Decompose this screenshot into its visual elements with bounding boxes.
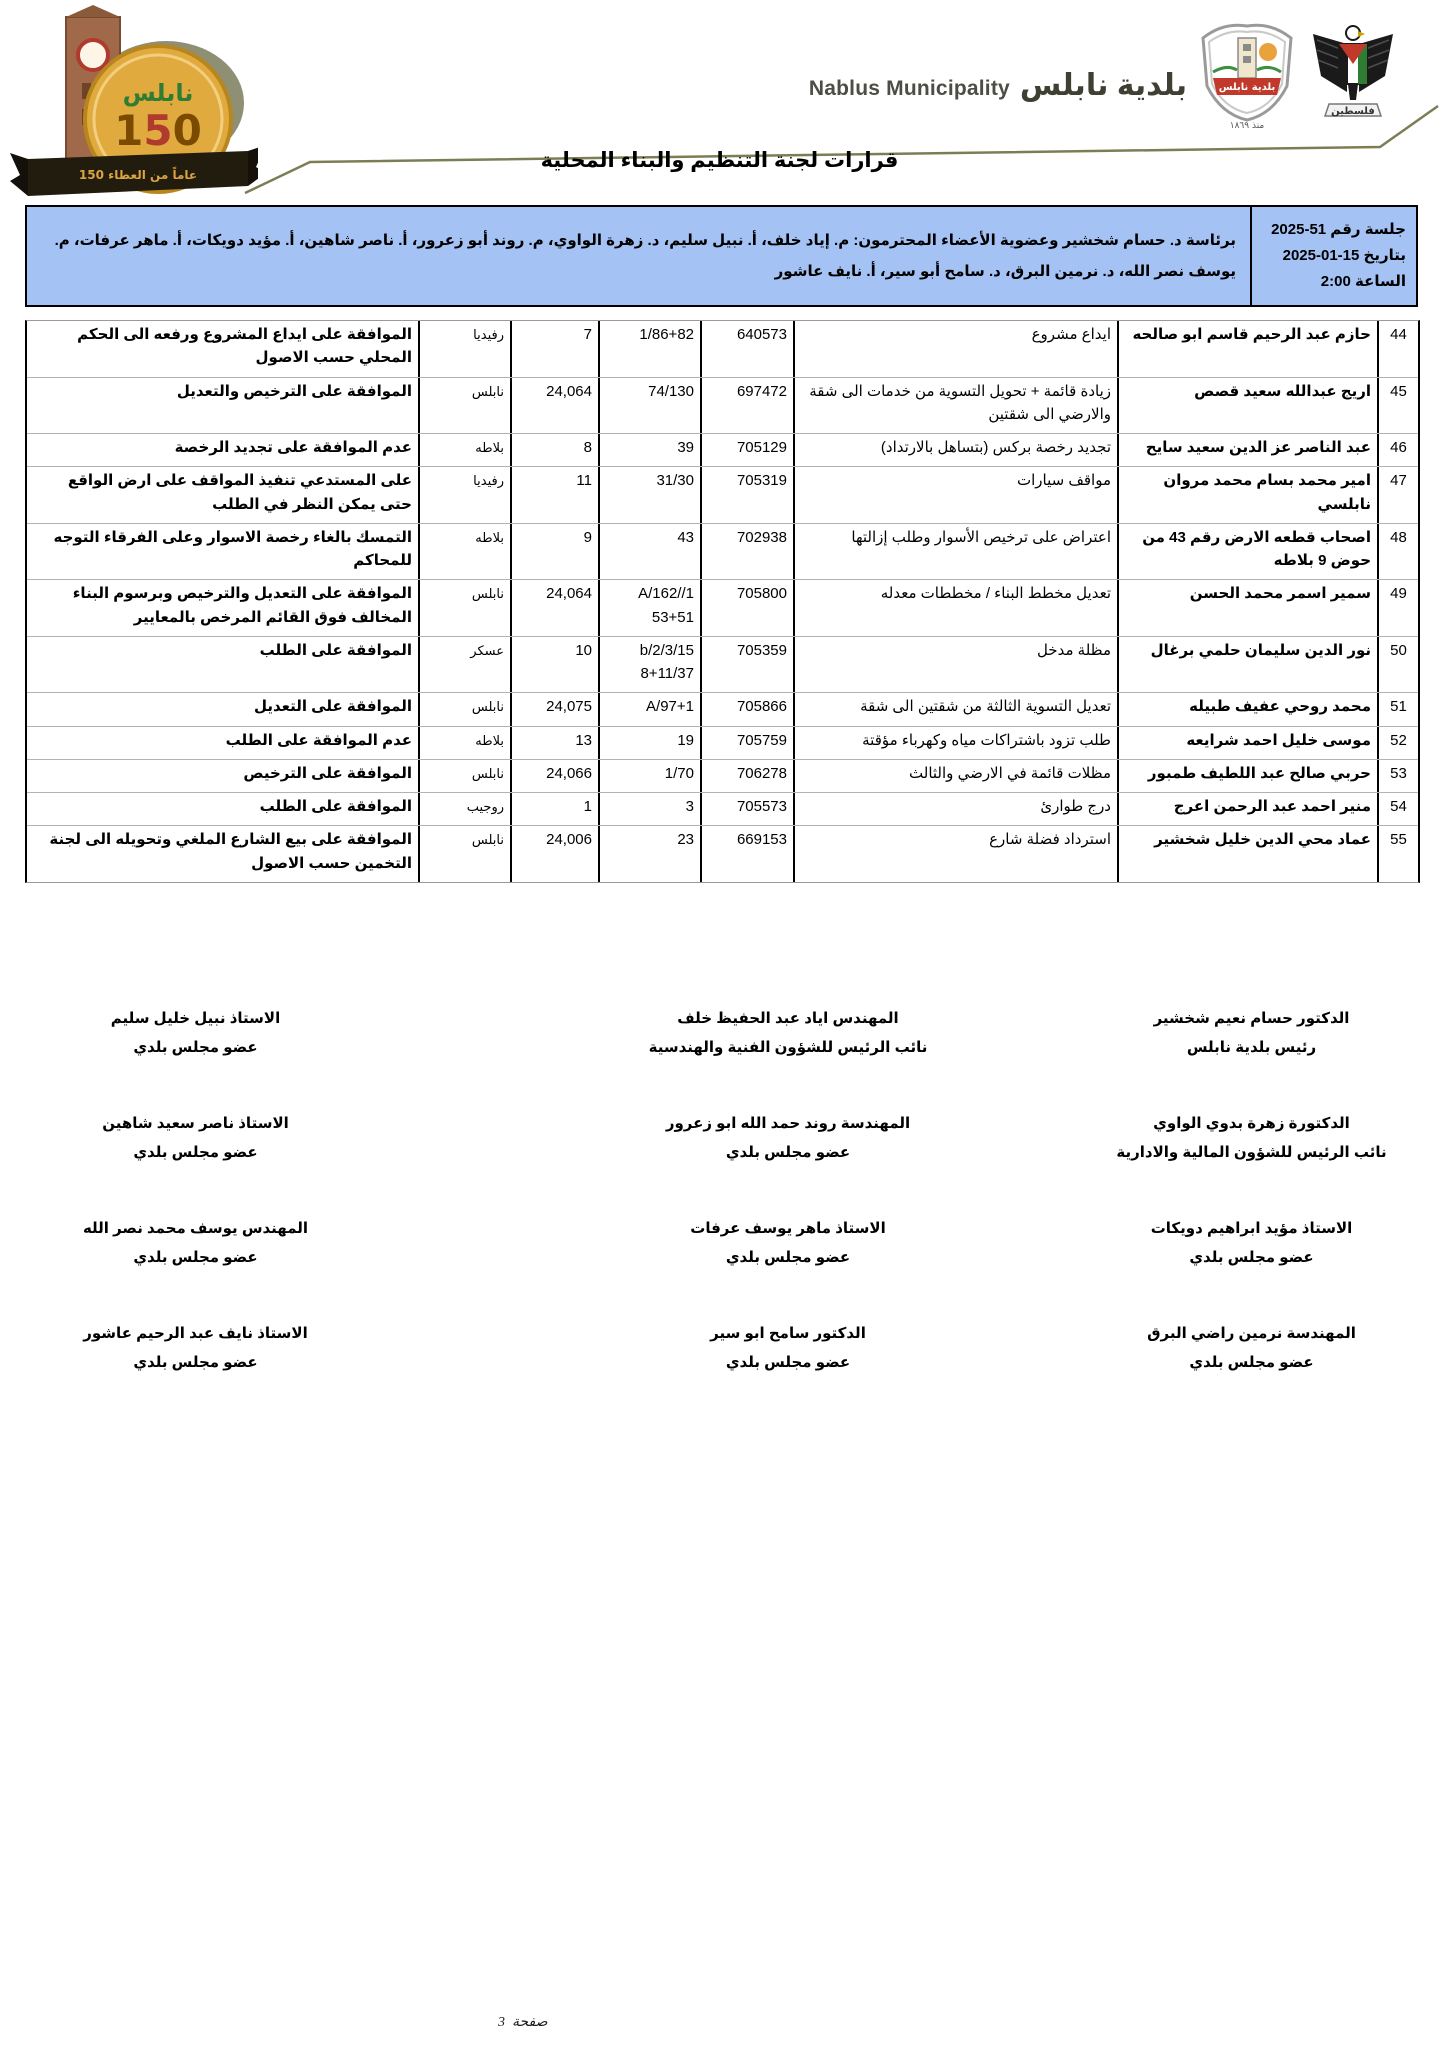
table-row: 47 امير محمد بسام محمد مروان نابلسي مواق… — [27, 467, 1418, 524]
signature-title: عضو مجلس بلدي — [38, 1244, 353, 1273]
cell-subject: درج طوارئ — [793, 793, 1117, 825]
signature-block: الاستاذ نبيل خليل سليم عضو مجلس بلدي — [38, 1005, 353, 1062]
cell-subject: مظلات قائمة في الارضي والثالث — [793, 760, 1117, 792]
cell-file-number: 702938 — [700, 524, 793, 580]
cell-file-number: 705800 — [700, 580, 793, 636]
signature-title: عضو مجلس بلدي — [38, 1139, 353, 1168]
signature-block: المهندسة نرمين راضي البرق عضو مجلس بلدي — [1079, 1320, 1424, 1377]
cell-row-number: 46 — [1377, 434, 1418, 466]
signature-name: الاستاذ مؤيد ابراهيم دويكات — [1079, 1215, 1424, 1244]
cell-row-number: 51 — [1377, 693, 1418, 725]
cell-applicant-name: عبد الناصر عز الدين سعيد سايح — [1117, 434, 1377, 466]
signature-row: الاستاذ مؤيد ابراهيم دويكات عضو مجلس بلد… — [0, 1215, 1439, 1277]
cell-file-number: 640573 — [700, 321, 793, 377]
cell-applicant-name: منير احمد عبد الرحمن اعرج — [1117, 793, 1377, 825]
cell-area: نابلس — [418, 378, 510, 434]
cell-file-number: 669153 — [700, 826, 793, 882]
table-row: 48 اصحاب قطعه الارض رقم 43 من حوض 9 بلاط… — [27, 524, 1418, 581]
cell-block: 1/70 — [598, 760, 700, 792]
cell-parcel: 8 — [510, 434, 598, 466]
cell-decision: الموافقة على التعديل والترخيص وبرسوم الب… — [27, 580, 418, 636]
cell-applicant-name: اصحاب قطعه الارض رقم 43 من حوض 9 بلاطه — [1117, 524, 1377, 580]
signature-title: رئيس بلدية نابلس — [1079, 1034, 1424, 1063]
signature-block: الدكتورة زهرة بدوي الواوي نائب الرئيس لل… — [1079, 1110, 1424, 1167]
signature-name: الدكتور حسام نعيم شخشير — [1079, 1005, 1424, 1034]
cell-row-number: 48 — [1377, 524, 1418, 580]
cell-row-number: 52 — [1377, 727, 1418, 759]
cell-subject: تعديل مخطط البناء / مخططات معدله — [793, 580, 1117, 636]
cell-applicant-name: محمد روحي عفيف طبيله — [1117, 693, 1377, 725]
cell-block: 3 — [598, 793, 700, 825]
cell-subject: مظلة مدخل — [793, 637, 1117, 693]
cell-decision: الموافقة على التعديل — [27, 693, 418, 725]
cell-subject: مواقف سيارات — [793, 467, 1117, 523]
cell-subject: ايداع مشروع — [793, 321, 1117, 377]
cell-applicant-name: موسى خليل احمد شرايعه — [1117, 727, 1377, 759]
cell-area: بلاطه — [418, 434, 510, 466]
cell-block: b/2/3/15 8+11/37 — [598, 637, 700, 693]
signature-name: الدكتورة زهرة بدوي الواوي — [1079, 1110, 1424, 1139]
signature-name: المهندسة روند حمد الله ابو زعرور — [612, 1110, 964, 1139]
cell-decision: الموافقة على الطلب — [27, 793, 418, 825]
cell-parcel: 24,006 — [510, 826, 598, 882]
cell-parcel: 7 — [510, 321, 598, 377]
cell-file-number: 705129 — [700, 434, 793, 466]
cell-file-number: 706278 — [700, 760, 793, 792]
page-title: قرارات لجنة التنظيم والبناء المحلية — [0, 148, 1439, 173]
signature-title: عضو مجلس بلدي — [612, 1244, 964, 1273]
brand: Nablus Municipality بلدية نابلس — [809, 68, 1187, 103]
cell-block: 19 — [598, 727, 700, 759]
cell-parcel: 24,064 — [510, 580, 598, 636]
signature-row: الدكتور حسام نعيم شخشير رئيس بلدية نابلس… — [0, 1005, 1439, 1067]
table-row: 50 نور الدين سليمان حلمي برغال مظلة مدخل… — [27, 637, 1418, 694]
cell-parcel: 13 — [510, 727, 598, 759]
cell-parcel: 9 — [510, 524, 598, 580]
brand-arabic: بلدية نابلس — [1020, 68, 1187, 103]
svg-text:نابلس: نابلس — [123, 79, 194, 107]
cell-subject: تعديل التسوية الثالثة من شقتين الى شقة — [793, 693, 1117, 725]
signature-block: المهندس اياد عبد الحفيظ خلف نائب الرئيس … — [612, 1005, 964, 1062]
page-number: 3 — [498, 2015, 505, 2031]
signature-title: عضو مجلس بلدي — [612, 1139, 964, 1168]
cell-block: A/162//1 53+51 — [598, 580, 700, 636]
svg-text:بلدية نابلس: بلدية نابلس — [1219, 82, 1275, 93]
signature-title: عضو مجلس بلدي — [612, 1349, 964, 1378]
signature-title: عضو مجلس بلدي — [38, 1349, 353, 1378]
municipality-crest-icon: بلدية نابلس منذ ١٨٦٩ — [1193, 16, 1301, 130]
cell-area: روجيب — [418, 793, 510, 825]
cell-row-number: 50 — [1377, 637, 1418, 693]
cell-block: 1/86+82 — [598, 321, 700, 377]
cell-area: نابلس — [418, 760, 510, 792]
cell-file-number: 705573 — [700, 793, 793, 825]
cell-row-number: 55 — [1377, 826, 1418, 882]
cell-block: A/97+1 — [598, 693, 700, 725]
cell-parcel: 24,064 — [510, 378, 598, 434]
cell-parcel: 24,066 — [510, 760, 598, 792]
cell-area: بلاطه — [418, 524, 510, 580]
cell-area: بلاطه — [418, 727, 510, 759]
cell-area: رفيديا — [418, 467, 510, 523]
cell-subject: اعتراض على ترخيص الأسوار وطلب إزالتها — [793, 524, 1117, 580]
session-time: الساعة 2:00 — [1262, 269, 1406, 295]
signature-row: الدكتورة زهرة بدوي الواوي نائب الرئيس لل… — [0, 1110, 1439, 1172]
cell-row-number: 44 — [1377, 321, 1418, 377]
cell-applicant-name: نور الدين سليمان حلمي برغال — [1117, 637, 1377, 693]
cell-parcel: 24,075 — [510, 693, 598, 725]
signature-name: الاستاذ نايف عبد الرحيم عاشور — [38, 1320, 353, 1349]
cell-subject: طلب تزود باشتراكات مياه وكهرباء مؤقتة — [793, 727, 1117, 759]
cell-applicant-name: حربي صالح عبد اللطيف طمبور — [1117, 760, 1377, 792]
cell-area: رفيديا — [418, 321, 510, 377]
cell-decision: عدم الموافقة على تجديد الرخصة — [27, 434, 418, 466]
signature-name: الاستاذ ماهر يوسف عرفات — [612, 1215, 964, 1244]
decisions-table: 44 حازم عبد الرحيم قاسم ابو صالحه ايداع … — [25, 320, 1420, 883]
signatures-section: الدكتور حسام نعيم شخشير رئيس بلدية نابلس… — [0, 1005, 1439, 1425]
page-label: صفحة — [512, 2014, 548, 2031]
table-row: 52 موسى خليل احمد شرايعه طلب تزود باشترا… — [27, 727, 1418, 760]
signature-block: الاستاذ ناصر سعيد شاهين عضو مجلس بلدي — [38, 1110, 353, 1167]
cell-area: نابلس — [418, 693, 510, 725]
svg-text:منذ ١٨٦٩: منذ ١٨٦٩ — [1230, 121, 1265, 130]
signature-block: الاستاذ ماهر يوسف عرفات عضو مجلس بلدي — [612, 1215, 964, 1272]
cell-file-number: 697472 — [700, 378, 793, 434]
cell-decision: الموافقة على ايداع المشروع ورفعه الى الح… — [27, 321, 418, 377]
cell-decision: الموافقة على بيع الشارع الملغي وتحويله ا… — [27, 826, 418, 882]
signature-block: الاستاذ نايف عبد الرحيم عاشور عضو مجلس ب… — [38, 1320, 353, 1377]
signature-block: المهندسة روند حمد الله ابو زعرور عضو مجل… — [612, 1110, 964, 1167]
cell-parcel: 10 — [510, 637, 598, 693]
cell-decision: على المستدعي تنفيذ المواقف على ارض الواق… — [27, 467, 418, 523]
palestine-emblem-icon: فلسطين — [1303, 20, 1403, 120]
session-info-box: جلسة رقم 51-2025 بتاريخ 15-01-2025 الساع… — [25, 205, 1418, 307]
cell-block: 23 — [598, 826, 700, 882]
cell-block: 43 — [598, 524, 700, 580]
table-row: 55 عماد محي الدين خليل شخشير استرداد فضل… — [27, 826, 1418, 882]
cell-decision: الموافقة على الترخيص والتعديل — [27, 378, 418, 434]
cell-subject: زيادة قائمة + تحويل التسوية من خدمات الى… — [793, 378, 1117, 434]
brand-english: Nablus Municipality — [809, 77, 1010, 101]
signature-title: نائب الرئيس للشؤون الفنية والهندسية — [612, 1034, 964, 1063]
cell-area: نابلس — [418, 826, 510, 882]
table-row: 53 حربي صالح عبد اللطيف طمبور مظلات قائم… — [27, 760, 1418, 793]
cell-parcel: 1 — [510, 793, 598, 825]
cell-parcel: 11 — [510, 467, 598, 523]
signature-row: المهندسة نرمين راضي البرق عضو مجلس بلدي … — [0, 1320, 1439, 1382]
cell-file-number: 705866 — [700, 693, 793, 725]
attendees-text: برئاسة د. حسام شخشير وعضوية الأعضاء المح… — [41, 225, 1236, 288]
cell-file-number: 705359 — [700, 637, 793, 693]
cell-area: عسكر — [418, 637, 510, 693]
session-number: جلسة رقم 51-2025 — [1262, 217, 1406, 243]
table-row: 45 اريج عبدالله سعيد قصص زيادة قائمة + ت… — [27, 378, 1418, 435]
signature-block: الاستاذ مؤيد ابراهيم دويكات عضو مجلس بلد… — [1079, 1215, 1424, 1272]
table-row: 44 حازم عبد الرحيم قاسم ابو صالحه ايداع … — [27, 321, 1418, 378]
cell-decision: الموافقة على الطلب — [27, 637, 418, 693]
cell-applicant-name: عماد محي الدين خليل شخشير — [1117, 826, 1377, 882]
cell-area: نابلس — [418, 580, 510, 636]
cell-decision: التمسك بالغاء رخصة الاسوار وعلى الفرقاء … — [27, 524, 418, 580]
signature-title: نائب الرئيس للشؤون المالية والادارية — [1079, 1139, 1424, 1168]
cell-row-number: 53 — [1377, 760, 1418, 792]
signature-title: عضو مجلس بلدي — [1079, 1244, 1424, 1273]
signature-block: الدكتور سامح ابو سير عضو مجلس بلدي — [612, 1320, 964, 1377]
svg-text:فلسطين: فلسطين — [1331, 106, 1375, 117]
table-row: 46 عبد الناصر عز الدين سعيد سايح تجديد ر… — [27, 434, 1418, 467]
table-row: 54 منير احمد عبد الرحمن اعرج درج طوارئ 7… — [27, 793, 1418, 826]
cell-file-number: 705759 — [700, 727, 793, 759]
signature-name: المهندس يوسف محمد نصر الله — [38, 1215, 353, 1244]
signature-block: المهندس يوسف محمد نصر الله عضو مجلس بلدي — [38, 1215, 353, 1272]
cell-file-number: 705319 — [700, 467, 793, 523]
cell-decision: عدم الموافقة على الطلب — [27, 727, 418, 759]
table-row: 51 محمد روحي عفيف طبيله تعديل التسوية ال… — [27, 693, 1418, 726]
signature-name: الاستاذ ناصر سعيد شاهين — [38, 1110, 353, 1139]
page-footer: صفحة 3 — [498, 2014, 548, 2031]
nablus-150-logo-icon: نابلس 150 150 عاماً من العطاء — [8, 3, 258, 208]
cell-applicant-name: سمير اسمر محمد الحسن — [1117, 580, 1377, 636]
cell-row-number: 45 — [1377, 378, 1418, 434]
signature-name: المهندسة نرمين راضي البرق — [1079, 1320, 1424, 1349]
signature-name: الاستاذ نبيل خليل سليم — [38, 1005, 353, 1034]
cell-row-number: 54 — [1377, 793, 1418, 825]
table-row: 49 سمير اسمر محمد الحسن تعديل مخطط البنا… — [27, 580, 1418, 637]
session-attendees: برئاسة د. حسام شخشير وعضوية الأعضاء المح… — [27, 207, 1250, 305]
signature-name: الدكتور سامح ابو سير — [612, 1320, 964, 1349]
cell-row-number: 49 — [1377, 580, 1418, 636]
cell-block: 39 — [598, 434, 700, 466]
cell-subject: استرداد فضلة شارع — [793, 826, 1117, 882]
cell-applicant-name: حازم عبد الرحيم قاسم ابو صالحه — [1117, 321, 1377, 377]
cell-block: 31/30 — [598, 467, 700, 523]
session-date: بتاريخ 15-01-2025 — [1262, 243, 1406, 269]
session-meta: جلسة رقم 51-2025 بتاريخ 15-01-2025 الساع… — [1250, 207, 1416, 305]
cell-applicant-name: اريج عبدالله سعيد قصص — [1117, 378, 1377, 434]
cell-applicant-name: امير محمد بسام محمد مروان نابلسي — [1117, 467, 1377, 523]
cell-row-number: 47 — [1377, 467, 1418, 523]
signature-name: المهندس اياد عبد الحفيظ خلف — [612, 1005, 964, 1034]
signature-title: عضو مجلس بلدي — [38, 1034, 353, 1063]
cell-block: 74/130 — [598, 378, 700, 434]
signature-block: الدكتور حسام نعيم شخشير رئيس بلدية نابلس — [1079, 1005, 1424, 1062]
page: { "header": { "brand_ar": "بلدية نابلس",… — [0, 0, 1439, 2048]
signature-title: عضو مجلس بلدي — [1079, 1349, 1424, 1378]
cell-subject: تجديد رخصة بركس (بتساهل بالارتداد) — [793, 434, 1117, 466]
cell-decision: الموافقة على الترخيص — [27, 760, 418, 792]
